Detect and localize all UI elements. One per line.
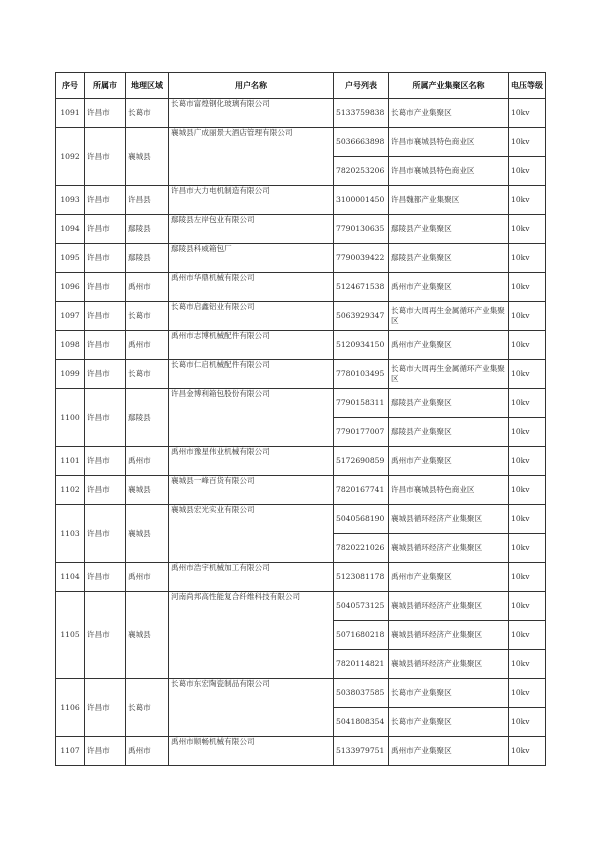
row-voltage: 10kv — [509, 679, 546, 708]
table-row: 1096许昌市禹州市禹州市华鼎机械有限公司5124671538禹州市产业集聚区1… — [56, 273, 546, 302]
row-cluster: 鄢陵县产业集聚区 — [389, 244, 509, 273]
row-region: 襄城县 — [126, 505, 169, 563]
row-cluster: 鄢陵县产业集聚区 — [389, 389, 509, 418]
table-header-row: 序号 所属市 地理区域 用户名称 户号列表 所属产业集聚区名称 电压等级 — [56, 73, 546, 99]
row-voltage: 10kv — [509, 418, 546, 447]
table-row: 1102许昌市襄城县襄城县一峰百货有限公司7820167741许昌市襄城县特色商… — [56, 476, 546, 505]
table-row: 1093许昌市许昌县许昌市大力电机制造有限公司3100001450许昌魏都产业集… — [56, 186, 546, 215]
row-cluster: 禹州市产业集聚区 — [389, 737, 509, 766]
row-voltage: 10kv — [509, 389, 546, 418]
row-voltage: 10kv — [509, 621, 546, 650]
table-row: 1106许昌市长葛市长葛市东宏陶瓷制品有限公司5038037585长葛市产业集聚… — [56, 679, 546, 708]
row-voltage: 10kv — [509, 476, 546, 505]
table-row: 1105许昌市襄城县河南尚邦高性能复合纤维科技有限公司5040573125襄城县… — [56, 592, 546, 621]
header-region: 地理区域 — [126, 73, 169, 99]
row-city: 许昌市 — [85, 128, 126, 186]
row-region: 长葛市 — [126, 302, 169, 331]
row-user-name: 禹州市豫星伟业机械有限公司 — [169, 447, 334, 476]
header-city: 所属市 — [85, 73, 126, 99]
row-region: 长葛市 — [126, 360, 169, 389]
row-region: 鄢陵县 — [126, 244, 169, 273]
table-row: 1097许昌市长葛市长葛市启鑫铝业有限公司5063929347长葛市大周再生金属… — [56, 302, 546, 331]
row-account: 7790177007 — [334, 418, 389, 447]
row-account: 7820167741 — [334, 476, 389, 505]
row-cluster: 鄢陵县产业集聚区 — [389, 215, 509, 244]
row-index: 1102 — [56, 476, 85, 505]
table-body: 1091许昌市长葛市长葛市富煌钢化玻璃有限公司5133759838长葛市产业集聚… — [56, 99, 546, 766]
table-row: 1103许昌市襄城县襄城县宏光实业有限公司5040568190襄城县循环经济产业… — [56, 505, 546, 534]
row-voltage: 10kv — [509, 650, 546, 679]
row-region: 鄢陵县 — [126, 389, 169, 447]
row-city: 许昌市 — [85, 679, 126, 737]
row-city: 许昌市 — [85, 273, 126, 302]
table-row: 1098许昌市禹州市禹州市志博机械配件有限公司5120934150禹州市产业集聚… — [56, 331, 546, 360]
row-account: 5038037585 — [334, 679, 389, 708]
row-cluster: 襄城县循环经济产业集聚区 — [389, 534, 509, 563]
row-voltage: 10kv — [509, 360, 546, 389]
row-account: 5120934150 — [334, 331, 389, 360]
row-cluster: 长葛市大周再生金属循环产业集聚区 — [389, 302, 509, 331]
row-region: 襄城县 — [126, 476, 169, 505]
row-region: 禹州市 — [126, 331, 169, 360]
row-cluster: 长葛市产业集聚区 — [389, 679, 509, 708]
table-row: 1092许昌市襄城县襄城县广成丽景大酒店管理有限公司5036663898许昌市襄… — [56, 128, 546, 157]
row-cluster: 长葛市产业集聚区 — [389, 99, 509, 128]
row-city: 许昌市 — [85, 360, 126, 389]
row-cluster: 许昌魏都产业集聚区 — [389, 186, 509, 215]
row-account: 7820114821 — [334, 650, 389, 679]
header-account-list: 户号列表 — [334, 73, 389, 99]
row-index: 1091 — [56, 99, 85, 128]
table-row: 1099许昌市长葛市长葛市仁启机械配件有限公司7780103495长葛市大周再生… — [56, 360, 546, 389]
row-account: 5040568190 — [334, 505, 389, 534]
table-row: 1104许昌市禹州市禹州市浩宇机械加工有限公司5123081178禹州市产业集聚… — [56, 563, 546, 592]
row-cluster: 禹州市产业集聚区 — [389, 331, 509, 360]
row-user-name: 襄城县广成丽景大酒店管理有限公司 — [169, 128, 334, 186]
row-cluster: 襄城县循环经济产业集聚区 — [389, 650, 509, 679]
row-user-name: 许昌市大力电机制造有限公司 — [169, 186, 334, 215]
row-voltage: 10kv — [509, 447, 546, 476]
row-index: 1092 — [56, 128, 85, 186]
row-city: 许昌市 — [85, 389, 126, 447]
row-account: 7790158311 — [334, 389, 389, 418]
row-user-name: 鄢陵县科威箱包厂 — [169, 244, 334, 273]
row-voltage: 10kv — [509, 273, 546, 302]
row-voltage: 10kv — [509, 302, 546, 331]
row-account: 3100001450 — [334, 186, 389, 215]
table-row: 1094许昌市鄢陵县鄢陵县左岸包业有限公司7790130635鄢陵县产业集聚区1… — [56, 215, 546, 244]
row-region: 禹州市 — [126, 273, 169, 302]
row-index: 1105 — [56, 592, 85, 679]
row-account: 5063929347 — [334, 302, 389, 331]
row-voltage: 10kv — [509, 737, 546, 766]
row-index: 1106 — [56, 679, 85, 737]
row-index: 1097 — [56, 302, 85, 331]
row-account: 7780103495 — [334, 360, 389, 389]
row-account: 5040573125 — [334, 592, 389, 621]
row-city: 许昌市 — [85, 215, 126, 244]
row-city: 许昌市 — [85, 592, 126, 679]
row-voltage: 10kv — [509, 331, 546, 360]
table-row: 1100许昌市鄢陵县许昌金博利箱包股份有限公司7790158311鄢陵县产业集聚… — [56, 389, 546, 418]
row-account: 5124671538 — [334, 273, 389, 302]
row-index: 1093 — [56, 186, 85, 215]
row-account: 7820253206 — [334, 157, 389, 186]
table-row: 1091许昌市长葛市长葛市富煌钢化玻璃有限公司5133759838长葛市产业集聚… — [56, 99, 546, 128]
row-user-name: 襄城县宏光实业有限公司 — [169, 505, 334, 563]
row-index: 1103 — [56, 505, 85, 563]
row-cluster: 禹州市产业集聚区 — [389, 447, 509, 476]
row-voltage: 10kv — [509, 534, 546, 563]
row-voltage: 10kv — [509, 99, 546, 128]
row-account: 5123081178 — [334, 563, 389, 592]
row-account: 5036663898 — [334, 128, 389, 157]
row-cluster: 襄城县循环经济产业集聚区 — [389, 505, 509, 534]
row-account: 7820221026 — [334, 534, 389, 563]
row-cluster: 禹州市产业集聚区 — [389, 563, 509, 592]
row-index: 1094 — [56, 215, 85, 244]
header-cluster-name: 所属产业集聚区名称 — [389, 73, 509, 99]
row-cluster: 长葛市产业集聚区 — [389, 708, 509, 737]
row-voltage: 10kv — [509, 215, 546, 244]
row-voltage: 10kv — [509, 157, 546, 186]
row-voltage: 10kv — [509, 186, 546, 215]
row-index: 1096 — [56, 273, 85, 302]
row-city: 许昌市 — [85, 186, 126, 215]
row-voltage: 10kv — [509, 592, 546, 621]
table-row: 1095许昌市鄢陵县鄢陵县科威箱包厂7790039422鄢陵县产业集聚区10kv — [56, 244, 546, 273]
user-list-table: 序号 所属市 地理区域 用户名称 户号列表 所属产业集聚区名称 电压等级 109… — [55, 72, 546, 766]
row-voltage: 10kv — [509, 505, 546, 534]
row-user-name: 长葛市富煌钢化玻璃有限公司 — [169, 99, 334, 128]
row-index: 1099 — [56, 360, 85, 389]
table-row: 1107许昌市禹州市禹州市顺畅机械有限公司5133979751禹州市产业集聚区1… — [56, 737, 546, 766]
row-voltage: 10kv — [509, 128, 546, 157]
row-region: 长葛市 — [126, 679, 169, 737]
row-city: 许昌市 — [85, 99, 126, 128]
row-region: 襄城县 — [126, 128, 169, 186]
row-city: 许昌市 — [85, 476, 126, 505]
row-user-name: 禹州市顺畅机械有限公司 — [169, 737, 334, 766]
row-account: 5133759838 — [334, 99, 389, 128]
row-voltage: 10kv — [509, 244, 546, 273]
row-user-name: 禹州市浩宇机械加工有限公司 — [169, 563, 334, 592]
row-city: 许昌市 — [85, 737, 126, 766]
row-user-name: 长葛市启鑫铝业有限公司 — [169, 302, 334, 331]
row-account: 5041808354 — [334, 708, 389, 737]
header-user-name: 用户名称 — [169, 73, 334, 99]
row-account: 5071680218 — [334, 621, 389, 650]
row-user-name: 长葛市仁启机械配件有限公司 — [169, 360, 334, 389]
row-region: 禹州市 — [126, 737, 169, 766]
row-voltage: 10kv — [509, 563, 546, 592]
row-account: 7790130635 — [334, 215, 389, 244]
table-row: 1101许昌市禹州市禹州市豫星伟业机械有限公司5172690859禹州市产业集聚… — [56, 447, 546, 476]
row-cluster: 襄城县循环经济产业集聚区 — [389, 621, 509, 650]
row-user-name: 河南尚邦高性能复合纤维科技有限公司 — [169, 592, 334, 679]
row-region: 襄城县 — [126, 592, 169, 679]
header-voltage: 电压等级 — [509, 73, 546, 99]
row-cluster: 许昌市襄城县特色商业区 — [389, 476, 509, 505]
row-city: 许昌市 — [85, 302, 126, 331]
row-account: 5172690859 — [334, 447, 389, 476]
row-region: 许昌县 — [126, 186, 169, 215]
row-user-name: 禹州市志博机械配件有限公司 — [169, 331, 334, 360]
row-index: 1095 — [56, 244, 85, 273]
row-city: 许昌市 — [85, 563, 126, 592]
row-cluster: 禹州市产业集聚区 — [389, 273, 509, 302]
row-user-name: 鄢陵县左岸包业有限公司 — [169, 215, 334, 244]
row-user-name: 襄城县一峰百货有限公司 — [169, 476, 334, 505]
row-cluster: 长葛市大周再生金属循环产业集聚区 — [389, 360, 509, 389]
row-index: 1100 — [56, 389, 85, 447]
row-user-name: 许昌金博利箱包股份有限公司 — [169, 389, 334, 447]
row-cluster: 襄城县循环经济产业集聚区 — [389, 592, 509, 621]
row-user-name: 长葛市东宏陶瓷制品有限公司 — [169, 679, 334, 737]
row-user-name: 禹州市华鼎机械有限公司 — [169, 273, 334, 302]
row-region: 禹州市 — [126, 563, 169, 592]
row-index: 1098 — [56, 331, 85, 360]
row-account: 7790039422 — [334, 244, 389, 273]
row-region: 长葛市 — [126, 99, 169, 128]
row-city: 许昌市 — [85, 244, 126, 273]
row-cluster: 鄢陵县产业集聚区 — [389, 418, 509, 447]
row-index: 1107 — [56, 737, 85, 766]
row-city: 许昌市 — [85, 447, 126, 476]
row-region: 禹州市 — [126, 447, 169, 476]
row-region: 鄢陵县 — [126, 215, 169, 244]
header-index: 序号 — [56, 73, 85, 99]
row-cluster: 许昌市襄城县特色商业区 — [389, 157, 509, 186]
row-index: 1101 — [56, 447, 85, 476]
row-city: 许昌市 — [85, 505, 126, 563]
row-index: 1104 — [56, 563, 85, 592]
row-voltage: 10kv — [509, 708, 546, 737]
row-cluster: 许昌市襄城县特色商业区 — [389, 128, 509, 157]
row-account: 5133979751 — [334, 737, 389, 766]
row-city: 许昌市 — [85, 331, 126, 360]
